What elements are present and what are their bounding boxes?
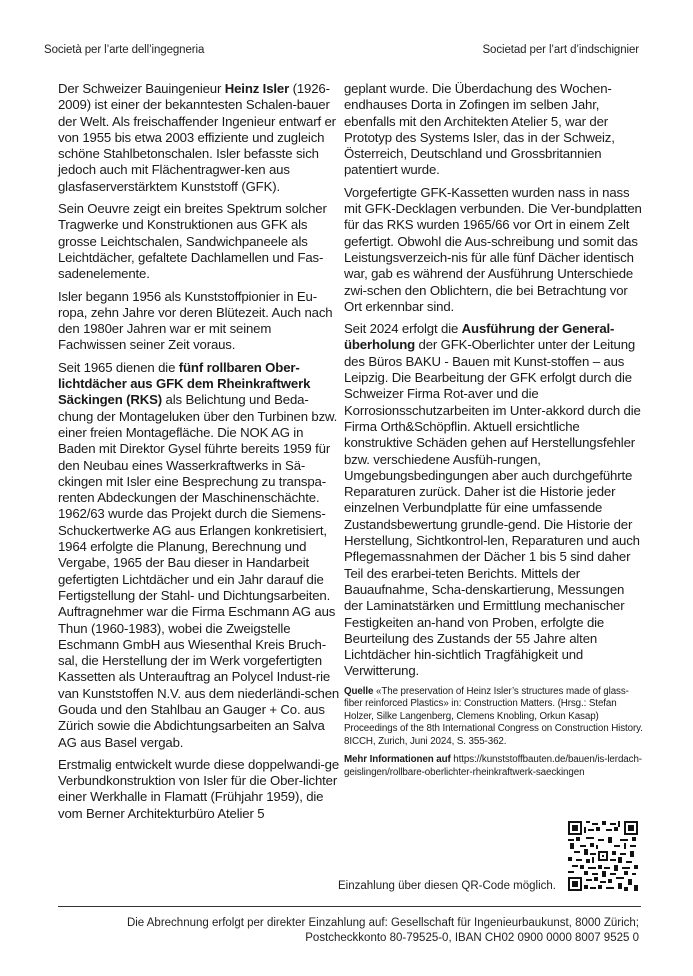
right-column: geplant wurde. Die Überdachung des Woche…	[344, 81, 644, 785]
paragraph-prototype: geplant wurde. Die Überdachung des Woche…	[344, 81, 644, 179]
qr-note: Einzahlung über diesen QR-Code möglich.	[338, 880, 556, 892]
text: (1926-2009) ist einer der bekanntesten S…	[58, 81, 336, 194]
more-info: Mehr Informationen auf https://kunststof…	[344, 754, 644, 779]
text: Der Schweizer Bauingenieur	[58, 81, 225, 96]
header-left-tagline: Società per l’arte dell’ingegneria	[44, 44, 204, 56]
paragraph-pioneer: Isler begann 1956 als Kunststoffpionier …	[58, 289, 341, 354]
text: Seit 2024 erfolgt die	[344, 321, 462, 336]
text: Seit 1965 dienen die	[58, 360, 179, 375]
header-right-tagline: Societad per l’art d’indschignier	[482, 44, 639, 56]
footer-divider	[58, 906, 641, 907]
text: als Belichtung und Beda-chung der Montag…	[58, 392, 339, 749]
paragraph-overhaul: Seit 2024 erfolgt die Ausführung der Gen…	[344, 321, 644, 680]
footer-payment-info: Die Abrechnung erfolgt per direkter Einz…	[127, 916, 639, 946]
qr-code-icon[interactable]	[568, 821, 638, 891]
paragraph-rks: Seit 1965 dienen die fünf rollbaren Ober…	[58, 360, 341, 751]
paragraph-intro: Der Schweizer Bauingenieur Heinz Isler (…	[58, 81, 341, 195]
footer-line-2: Postcheckkonto 80-79525-0, IBAN CH02 090…	[127, 931, 639, 946]
text: der GFK-Oberlichter unter der Leitung de…	[344, 337, 641, 678]
paragraph-oeuvre: Sein Oeuvre zeigt ein breites Spektrum s…	[58, 201, 341, 282]
footer-line-1: Die Abrechnung erfolgt per direkter Einz…	[127, 916, 639, 931]
paragraph-cassettes: Vorgefertigte GFK-Kassetten wurden nass …	[344, 185, 644, 315]
source-text: «The preservation of Heinz Isler’s struc…	[344, 686, 643, 747]
left-column: Der Schweizer Bauingenieur Heinz Isler (…	[58, 81, 341, 828]
paragraph-first-development: Erstmalig entwickelt wurde diese doppelw…	[58, 757, 341, 822]
source-label: Quelle	[344, 686, 373, 697]
source-citation: Quelle «The preservation of Heinz Isler’…	[344, 686, 644, 749]
bold-name: Heinz Isler	[225, 81, 289, 96]
more-info-label: Mehr Informationen auf	[344, 754, 451, 765]
